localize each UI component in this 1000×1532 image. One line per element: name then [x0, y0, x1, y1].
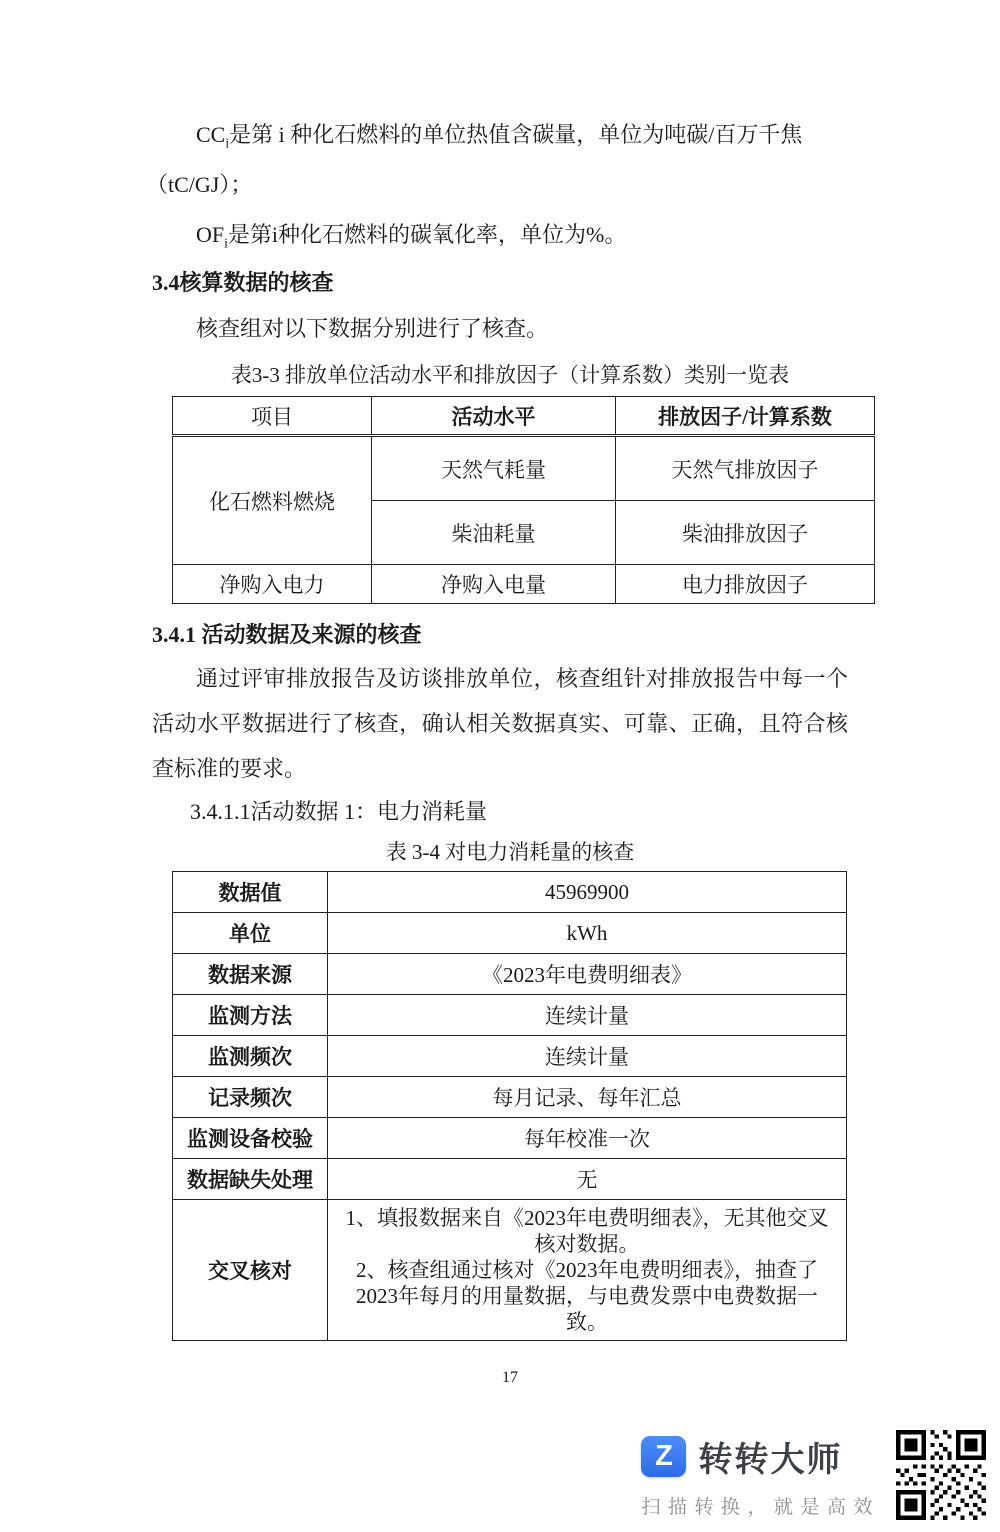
table-row: 交叉核对 1、填报数据来自《2023年电费明细表》，无其他交叉核对数据。 2、核… [173, 1200, 847, 1341]
brand-block: Z 转转大师 扫描转换，就是高效 [641, 1432, 880, 1519]
brand-tagline: 扫描转换，就是高效 [641, 1492, 880, 1519]
table-row: 记录频次 每月记录、每年汇总 [173, 1077, 847, 1118]
table-row: 净购入电力 净购入电量 电力排放因子 [173, 565, 875, 604]
cell-fossil-fuel-group: 化石燃料燃烧 [173, 436, 372, 565]
page-number: 17 [172, 1369, 848, 1387]
cell-diesel-factor: 柴油排放因子 [616, 501, 875, 565]
paragraph-3-4-1: 通过评审排放报告及访谈排放单位，核查组针对排放报告中每一个活动水平数据进行了核查… [152, 656, 848, 791]
cross-check-item-2: 2、核查组通过核对《2023年电费明细表》，抽查了2023年每月的用量数据，与电… [338, 1257, 836, 1335]
header-cell-activity-level: 活动水平 [372, 397, 616, 436]
table-row: 单位 kWh [173, 913, 847, 954]
table-row: 数据缺失处理 无 [173, 1159, 847, 1200]
brand-footer: Z 转转大师 扫描转换，就是高效 [641, 1430, 986, 1520]
heading-3-4-1-1: 3.4.1.1活动数据 1：电力消耗量 [152, 791, 848, 833]
value-monitoring-frequency: 连续计量 [328, 1036, 847, 1077]
label-record-frequency: 记录频次 [173, 1077, 328, 1118]
cell-diesel-consumption: 柴油耗量 [372, 501, 616, 565]
table-3-4: 数据值 45969900 单位 kWh 数据来源 《2023年电费明细表》 监测… [172, 871, 847, 1341]
qr-code-icon [896, 1430, 986, 1520]
cc-text: 是第 i 种化石燃料的单位热值含碳量，单位为吨碳/百万千焦 [229, 122, 802, 147]
label-monitoring-method: 监测方法 [173, 995, 328, 1036]
label-data-source: 数据来源 [173, 954, 328, 995]
table-row: 监测设备校验 每年校准一次 [173, 1118, 847, 1159]
cross-check-item-1: 1、填报数据来自《2023年电费明细表》，无其他交叉核对数据。 [338, 1205, 836, 1257]
value-unit: kWh [328, 913, 847, 954]
cc-symbol: CC [196, 122, 225, 147]
table-row: 化石燃料燃烧 天然气耗量 天然气排放因子 [173, 436, 875, 501]
zhuanzhuan-logo-icon: Z [641, 1436, 686, 1477]
paragraph-cc-line2: （tC/GJ）； [146, 160, 848, 210]
table-3-3: 项目 活动水平 排放因子/计算系数 化石燃料燃烧 天然气耗量 天然气排放因子 柴… [172, 396, 875, 604]
table-3-3-caption: 表3-3 排放单位活动水平和排放因子（计算系数）类别一览表 [172, 354, 848, 396]
label-equipment-calibration: 监测设备校验 [173, 1118, 328, 1159]
cell-net-purchased-power: 净购入电力 [173, 565, 372, 604]
cell-natural-gas-factor: 天然气排放因子 [616, 436, 875, 501]
table-3-4-caption: 表 3-4 对电力消耗量的核查 [172, 833, 848, 871]
cell-natural-gas-consumption: 天然气耗量 [372, 436, 616, 501]
heading-3-4-1: 3.4.1 活动数据及来源的核查 [152, 614, 848, 656]
paragraph-verify-intro: 核查组对以下数据分别进行了核查。 [152, 304, 848, 354]
label-unit: 单位 [173, 913, 328, 954]
header-cell-item: 项目 [173, 397, 372, 436]
table-row: 数据值 45969900 [173, 872, 847, 913]
of-text: 是第i种化石燃料的碳氧化率，单位为%。 [228, 222, 626, 247]
value-cross-check: 1、填报数据来自《2023年电费明细表》，无其他交叉核对数据。 2、核查组通过核… [328, 1200, 847, 1341]
label-missing-data-handling: 数据缺失处理 [173, 1159, 328, 1200]
value-equipment-calibration: 每年校准一次 [328, 1118, 847, 1159]
table-row: 监测频次 连续计量 [173, 1036, 847, 1077]
document-page: CCi是第 i 种化石燃料的单位热值含碳量，单位为吨碳/百万千焦 （tC/GJ）… [152, 0, 848, 1387]
label-monitoring-frequency: 监测频次 [173, 1036, 328, 1077]
header-cell-emission-factor: 排放因子/计算系数 [616, 397, 875, 436]
cell-power-factor: 电力排放因子 [616, 565, 875, 604]
value-missing-data-handling: 无 [328, 1159, 847, 1200]
label-cross-check: 交叉核对 [173, 1200, 328, 1341]
value-data-value: 45969900 [328, 872, 847, 913]
value-monitoring-method: 连续计量 [328, 995, 847, 1036]
value-data-source: 《2023年电费明细表》 [328, 954, 847, 995]
logo-letter: Z [655, 1442, 673, 1471]
paragraph-of: OFi是第i种化石燃料的碳氧化率，单位为%。 [152, 210, 848, 260]
of-symbol: OF [196, 222, 224, 247]
value-record-frequency: 每月记录、每年汇总 [328, 1077, 847, 1118]
brand-name: 转转大师 [698, 1432, 842, 1481]
table-row: 数据来源 《2023年电费明细表》 [173, 954, 847, 995]
cell-net-purchased-amount: 净购入电量 [372, 565, 616, 604]
paragraph-cc-line1: CCi是第 i 种化石燃料的单位热值含碳量，单位为吨碳/百万千焦 [152, 110, 848, 160]
table-3-3-header-row: 项目 活动水平 排放因子/计算系数 [173, 397, 875, 436]
label-data-value: 数据值 [173, 872, 328, 913]
heading-3-4: 3.4核算数据的核查 [152, 262, 848, 304]
table-row: 监测方法 连续计量 [173, 995, 847, 1036]
